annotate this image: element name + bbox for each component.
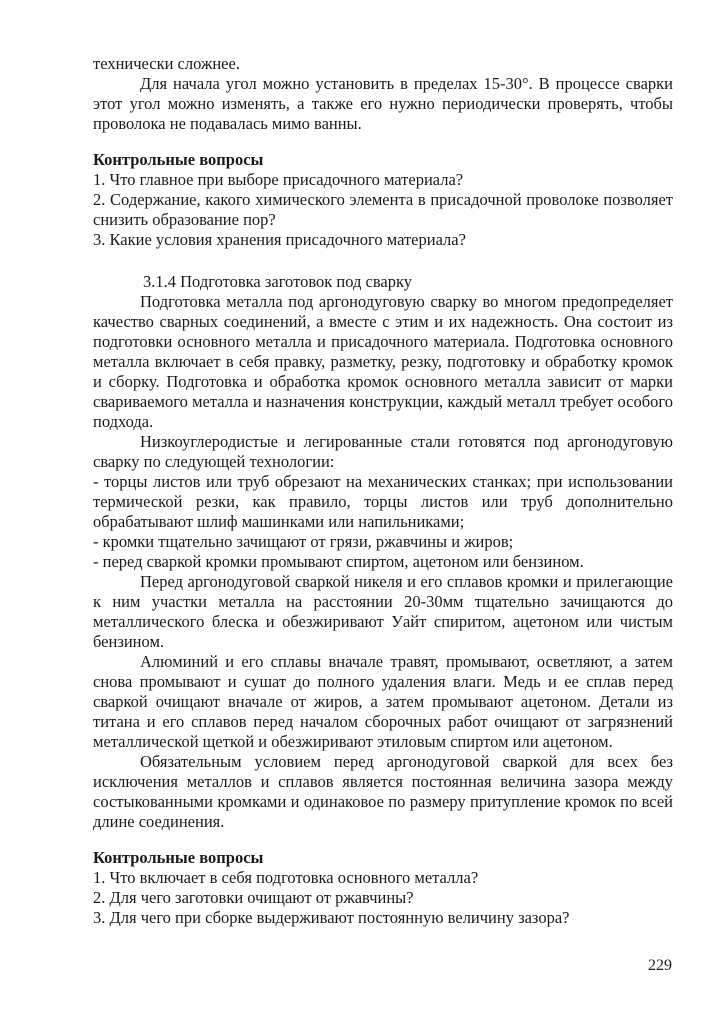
question-item: 2. Содержание, какого химического элемен… [93, 190, 673, 230]
control-questions-heading-2: Контрольные вопросы [93, 848, 673, 868]
text-body: технически сложнее. Для начала угол можн… [93, 54, 673, 928]
question-item: 3. Какие условия хранения присадочного м… [93, 230, 673, 250]
question-item: 3. Для чего при сборке выдерживают посто… [93, 908, 673, 928]
control-questions-heading-1: Контрольные вопросы [93, 150, 673, 170]
paragraph-continuation: технически сложнее. [93, 54, 673, 74]
list-item-edges-cut: - торцы листов или труб обрезают на меха… [93, 472, 673, 532]
blank-line [93, 134, 673, 150]
section-title-3-1-4: 3.1.4 Подготовка заготовок под сварку [93, 272, 673, 292]
question-item: 1. Что главное при выборе присадочного м… [93, 170, 673, 190]
list-item-edges-clean: - кромки тщательно зачищают от грязи, рж… [93, 532, 673, 552]
question-item: 1. Что включает в себя подготовка основн… [93, 868, 673, 888]
list-item-edges-wash: - перед сваркой кромки промывают спиртом… [93, 552, 673, 572]
page-number: 229 [648, 956, 672, 976]
paragraph-gap-condition: Обязательным условием перед аргонодугово… [93, 752, 673, 832]
question-item: 2. Для чего заготовки очищают от ржавчин… [93, 888, 673, 908]
paragraph-aluminium-copper-titanium: Алюминий и его сплавы вначале травят, пр… [93, 652, 673, 752]
blank-line [93, 832, 673, 848]
blank-line [93, 250, 673, 272]
document-page: технически сложнее. Для начала угол можн… [0, 0, 724, 1024]
paragraph-steel-technology: Низкоуглеродистые и легированные стали г… [93, 432, 673, 472]
paragraph-angle-setup: Для начала угол можно установить в преде… [93, 74, 673, 134]
paragraph-metal-preparation: Подготовка металла под аргонодуговую сва… [93, 292, 673, 432]
paragraph-nickel: Перед аргонодуговой сваркой никеля и его… [93, 572, 673, 652]
